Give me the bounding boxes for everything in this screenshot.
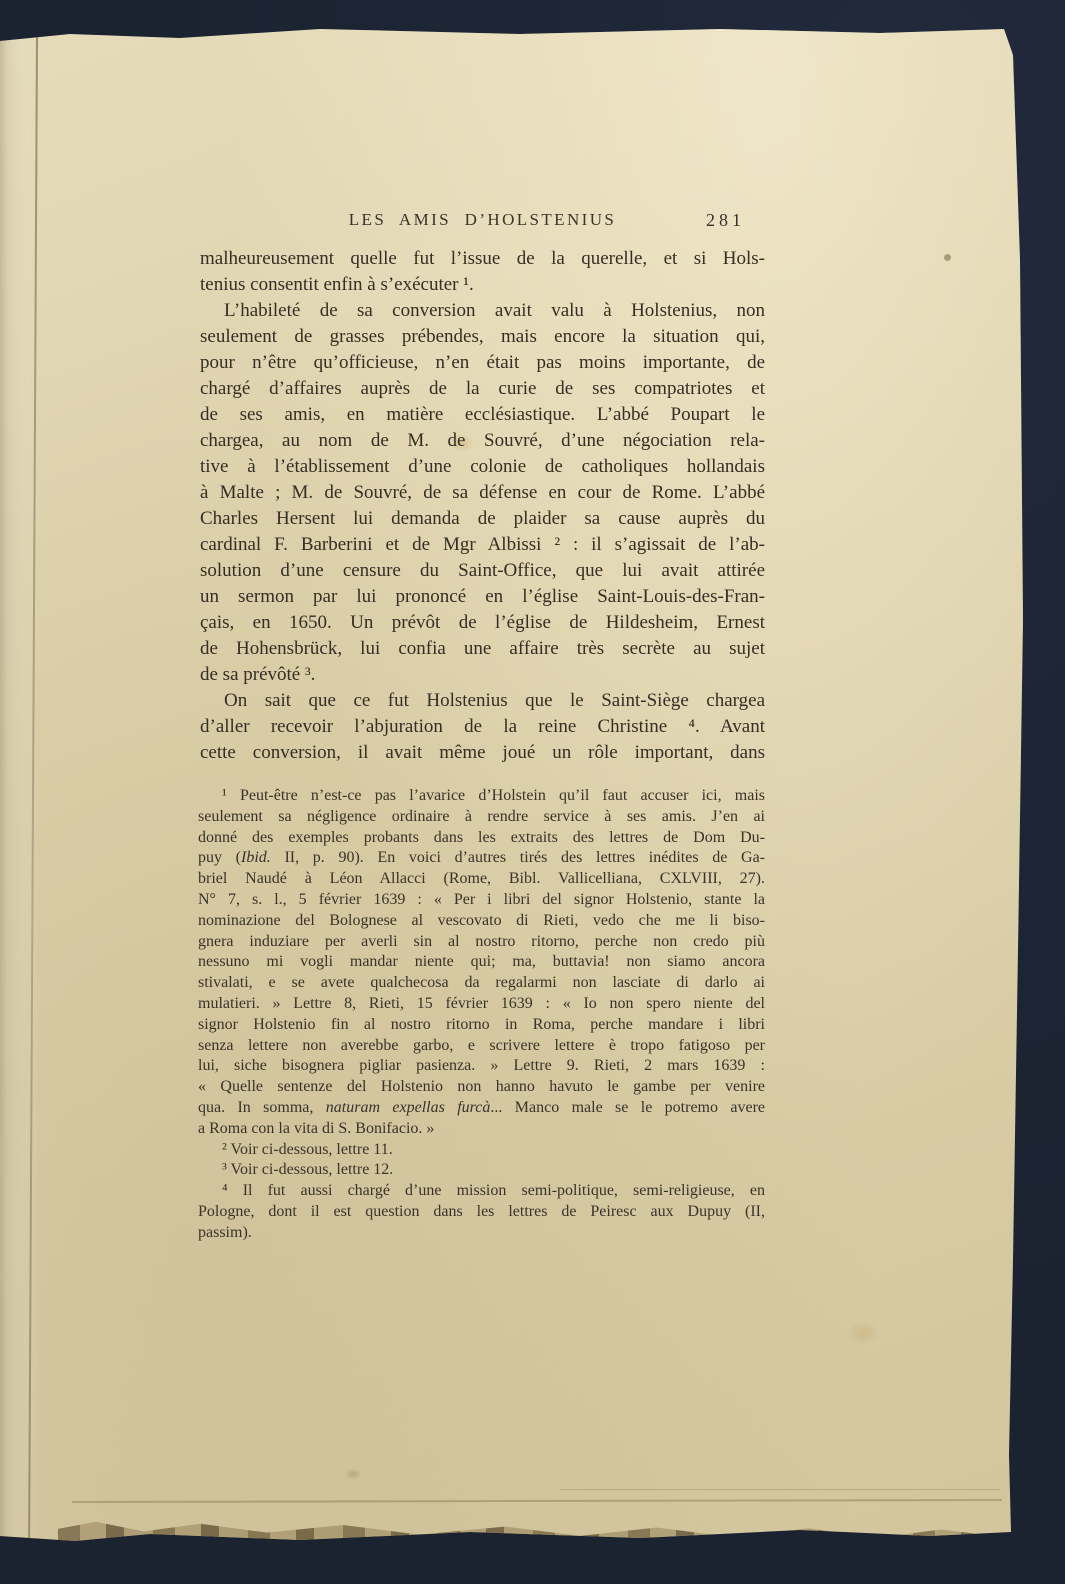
text-line: qua. In somma, naturam expellas furcà...… <box>198 1098 765 1119</box>
text-segment: ⁴ Il fut aussi chargé d’une mission semi… <box>222 1182 765 1199</box>
text-line: d’aller recevoir l’abjuration de la rein… <box>200 714 765 740</box>
text-segment: chargea, au nom de M. de Souvré, d’une n… <box>200 430 765 451</box>
text-segment: solution d’une censure du Saint-Office, … <box>200 560 765 581</box>
page-header: LES AMIS D’HOLSTENIUS 281 <box>200 210 765 234</box>
text-segment: briel Naudé à Léon Allacci (Rome, Bibl. … <box>198 870 765 887</box>
foxing-spot <box>344 1468 362 1480</box>
text-line: çais, en 1650. Un prévôt de l’église de … <box>200 610 765 636</box>
text-segment: pour n’être qu’officieuse, n’en était pa… <box>200 352 765 373</box>
page-number: 281 <box>706 210 745 231</box>
text-segment: puy ( <box>198 849 241 866</box>
text-line: puy (Ibid. II, p. 90). En voici d’autres… <box>198 848 765 869</box>
text-segment: passim). <box>198 1224 252 1241</box>
text-line: seulement de grasses prébendes, mais enc… <box>200 324 765 350</box>
text-segment: cette conversion, il avait même joué un … <box>200 742 765 763</box>
text-segment: On sait que ce fut Holstenius que le Sai… <box>224 690 765 711</box>
text-segment: lui, siche bisognera pigliar pasienza. »… <box>198 1057 765 1074</box>
text-segment: Charles Hersent lui demanda de plaider s… <box>200 508 765 529</box>
text-line: à Malte ; M. de Souvré, de sa défense en… <box>200 480 765 506</box>
text-line: chargea, au nom de M. de Souvré, d’une n… <box>200 428 765 454</box>
text-line: seulement sa négligence ordinaire à rend… <box>198 807 765 828</box>
text-segment: seulement sa négligence ordinaire à rend… <box>198 808 765 825</box>
text-line: Pologne, dont il est question dans les l… <box>198 1202 765 1223</box>
text-segment: L’habileté de sa conversion avait valu à… <box>224 300 765 321</box>
text-line: ¹ Peut-être n’est-ce pas l’avarice d’Hol… <box>198 786 765 807</box>
text-segment: un sermon par lui prononcé en l’église S… <box>200 586 765 607</box>
text-line: senza lettere non averebbe garbo, e scri… <box>198 1036 765 1057</box>
text-line: de ses amis, en matière ecclésiastique. … <box>200 402 765 428</box>
text-line: gnera induziare per averli sin al nostro… <box>198 932 765 953</box>
page-stack-line <box>72 1499 1002 1503</box>
text-segment: tenius consentit enfin à s’exécuter ¹. <box>200 274 474 295</box>
italic-text-segment: naturam expellas furcà <box>326 1099 491 1116</box>
text-segment: tive à l’établissement d’une colonie de … <box>200 456 765 477</box>
text-line: donné des exemples probants dans les ext… <box>198 828 765 849</box>
text-segment: ... Manco male se le potremo avere <box>490 1099 765 1116</box>
text-line: « Quelle sentenze del Holstenio non hann… <box>198 1077 765 1098</box>
text-line: chargé d’affaires auprès de la curie de … <box>200 376 765 402</box>
foxing-spot <box>846 1320 880 1346</box>
running-title: LES AMIS D’HOLSTENIUS <box>200 210 765 230</box>
text-segment: ³ Voir ci-dessous, lettre 12. <box>222 1161 393 1178</box>
text-line: cardinal F. Barberini et de Mgr Albissi … <box>200 532 765 558</box>
text-segment: « Quelle sentenze del Holstenio non hann… <box>198 1078 765 1095</box>
text-line: tive à l’établissement d’une colonie de … <box>200 454 765 480</box>
text-line: passim). <box>198 1223 765 1244</box>
text-segment: senza lettere non averebbe garbo, e scri… <box>198 1037 765 1054</box>
text-segment: gnera induziare per averli sin al nostro… <box>198 933 765 950</box>
text-line: tenius consentit enfin à s’exécuter ¹. <box>200 272 765 298</box>
text-segment: d’aller recevoir l’abjuration de la rein… <box>200 716 765 737</box>
text-segment: cardinal F. Barberini et de Mgr Albissi … <box>200 534 765 555</box>
text-line: Charles Hersent lui demanda de plaider s… <box>200 506 765 532</box>
text-line: un sermon par lui prononcé en l’église S… <box>200 584 765 610</box>
text-segment: mulatieri. » Lettre 8, Rieti, 15 février… <box>198 995 765 1012</box>
text-line: nominazione del Bolognese al vescovato d… <box>198 911 765 932</box>
text-line: lui, siche bisognera pigliar pasienza. »… <box>198 1056 765 1077</box>
text-segment: à Malte ; M. de Souvré, de sa défense en… <box>200 482 765 503</box>
text-segment: çais, en 1650. Un prévôt de l’église de … <box>200 612 765 633</box>
main-text: malheureusement quelle fut l’issue de la… <box>200 246 765 766</box>
text-segment: malheureusement quelle fut l’issue de la… <box>200 248 765 269</box>
deckle-edge <box>58 1509 1008 1541</box>
scan-background: LES AMIS D’HOLSTENIUS 281 malheureusemen… <box>0 0 1065 1584</box>
text-line: stivalati, e se avete qualchecosa da reg… <box>198 973 765 994</box>
text-line: signor Holstenio fin al nostro ritorno i… <box>198 1015 765 1036</box>
text-segment: a Roma con la vita di S. Bonifacio. » <box>198 1120 434 1137</box>
text-segment: qua. In somma, <box>198 1099 326 1116</box>
text-line: ² Voir ci-dessous, lettre 11. <box>198 1140 765 1161</box>
text-segment: signor Holstenio fin al nostro ritorno i… <box>198 1016 765 1033</box>
text-line: de sa prévôté ³. <box>200 662 765 688</box>
text-line: On sait que ce fut Holstenius que le Sai… <box>200 688 765 714</box>
text-segment: nessuno mi vogli mandar niente qui; ma, … <box>198 953 765 970</box>
text-line: malheureusement quelle fut l’issue de la… <box>200 246 765 272</box>
text-line: briel Naudé à Léon Allacci (Rome, Bibl. … <box>198 869 765 890</box>
text-segment: donné des exemples probants dans les ext… <box>198 829 765 846</box>
page-stack-line-2 <box>560 1489 1000 1490</box>
text-line: L’habileté de sa conversion avait valu à… <box>200 298 765 324</box>
text-segment: N° 7, s. l., 5 février 1639 : « Per i li… <box>198 891 765 908</box>
page-sheet: LES AMIS D’HOLSTENIUS 281 malheureusemen… <box>0 0 1065 1584</box>
text-segment: seulement de grasses prébendes, mais enc… <box>200 326 765 347</box>
text-line: nessuno mi vogli mandar niente qui; ma, … <box>198 952 765 973</box>
italic-text-segment: Ibid. <box>241 849 271 866</box>
text-line: solution d’une censure du Saint-Office, … <box>200 558 765 584</box>
text-line: pour n’être qu’officieuse, n’en était pa… <box>200 350 765 376</box>
foxing-spot <box>944 254 951 261</box>
text-segment: ¹ Peut-être n’est-ce pas l’avarice d’Hol… <box>222 787 765 804</box>
text-line: N° 7, s. l., 5 février 1639 : « Per i li… <box>198 890 765 911</box>
text-segment: de ses amis, en matière ecclésiastique. … <box>200 404 765 425</box>
paper-fiber-mark <box>1028 1130 1042 1190</box>
text-line: a Roma con la vita di S. Bonifacio. » <box>198 1119 765 1140</box>
text-segment: Pologne, dont il est question dans les l… <box>198 1203 765 1220</box>
text-line: de Hohensbrück, lui confia une affaire t… <box>200 636 765 662</box>
text-line: mulatieri. » Lettre 8, Rieti, 15 février… <box>198 994 765 1015</box>
footnotes: ¹ Peut-être n’est-ce pas l’avarice d’Hol… <box>198 786 765 1244</box>
text-segment: de sa prévôté ³. <box>200 664 315 685</box>
text-segment: chargé d’affaires auprès de la curie de … <box>200 378 765 399</box>
text-segment: stivalati, e se avete qualchecosa da reg… <box>198 974 765 991</box>
text-line: cette conversion, il avait même joué un … <box>200 740 765 766</box>
text-segment: ² Voir ci-dessous, lettre 11. <box>222 1141 393 1158</box>
text-line: ⁴ Il fut aussi chargé d’une mission semi… <box>198 1181 765 1202</box>
text-segment: II, p. 90). En voici d’autres tirés des … <box>271 849 765 866</box>
text-segment: de Hohensbrück, lui confia une affaire t… <box>200 638 765 659</box>
text-line: ³ Voir ci-dessous, lettre 12. <box>198 1160 765 1181</box>
text-segment: nominazione del Bolognese al vescovato d… <box>198 912 765 929</box>
